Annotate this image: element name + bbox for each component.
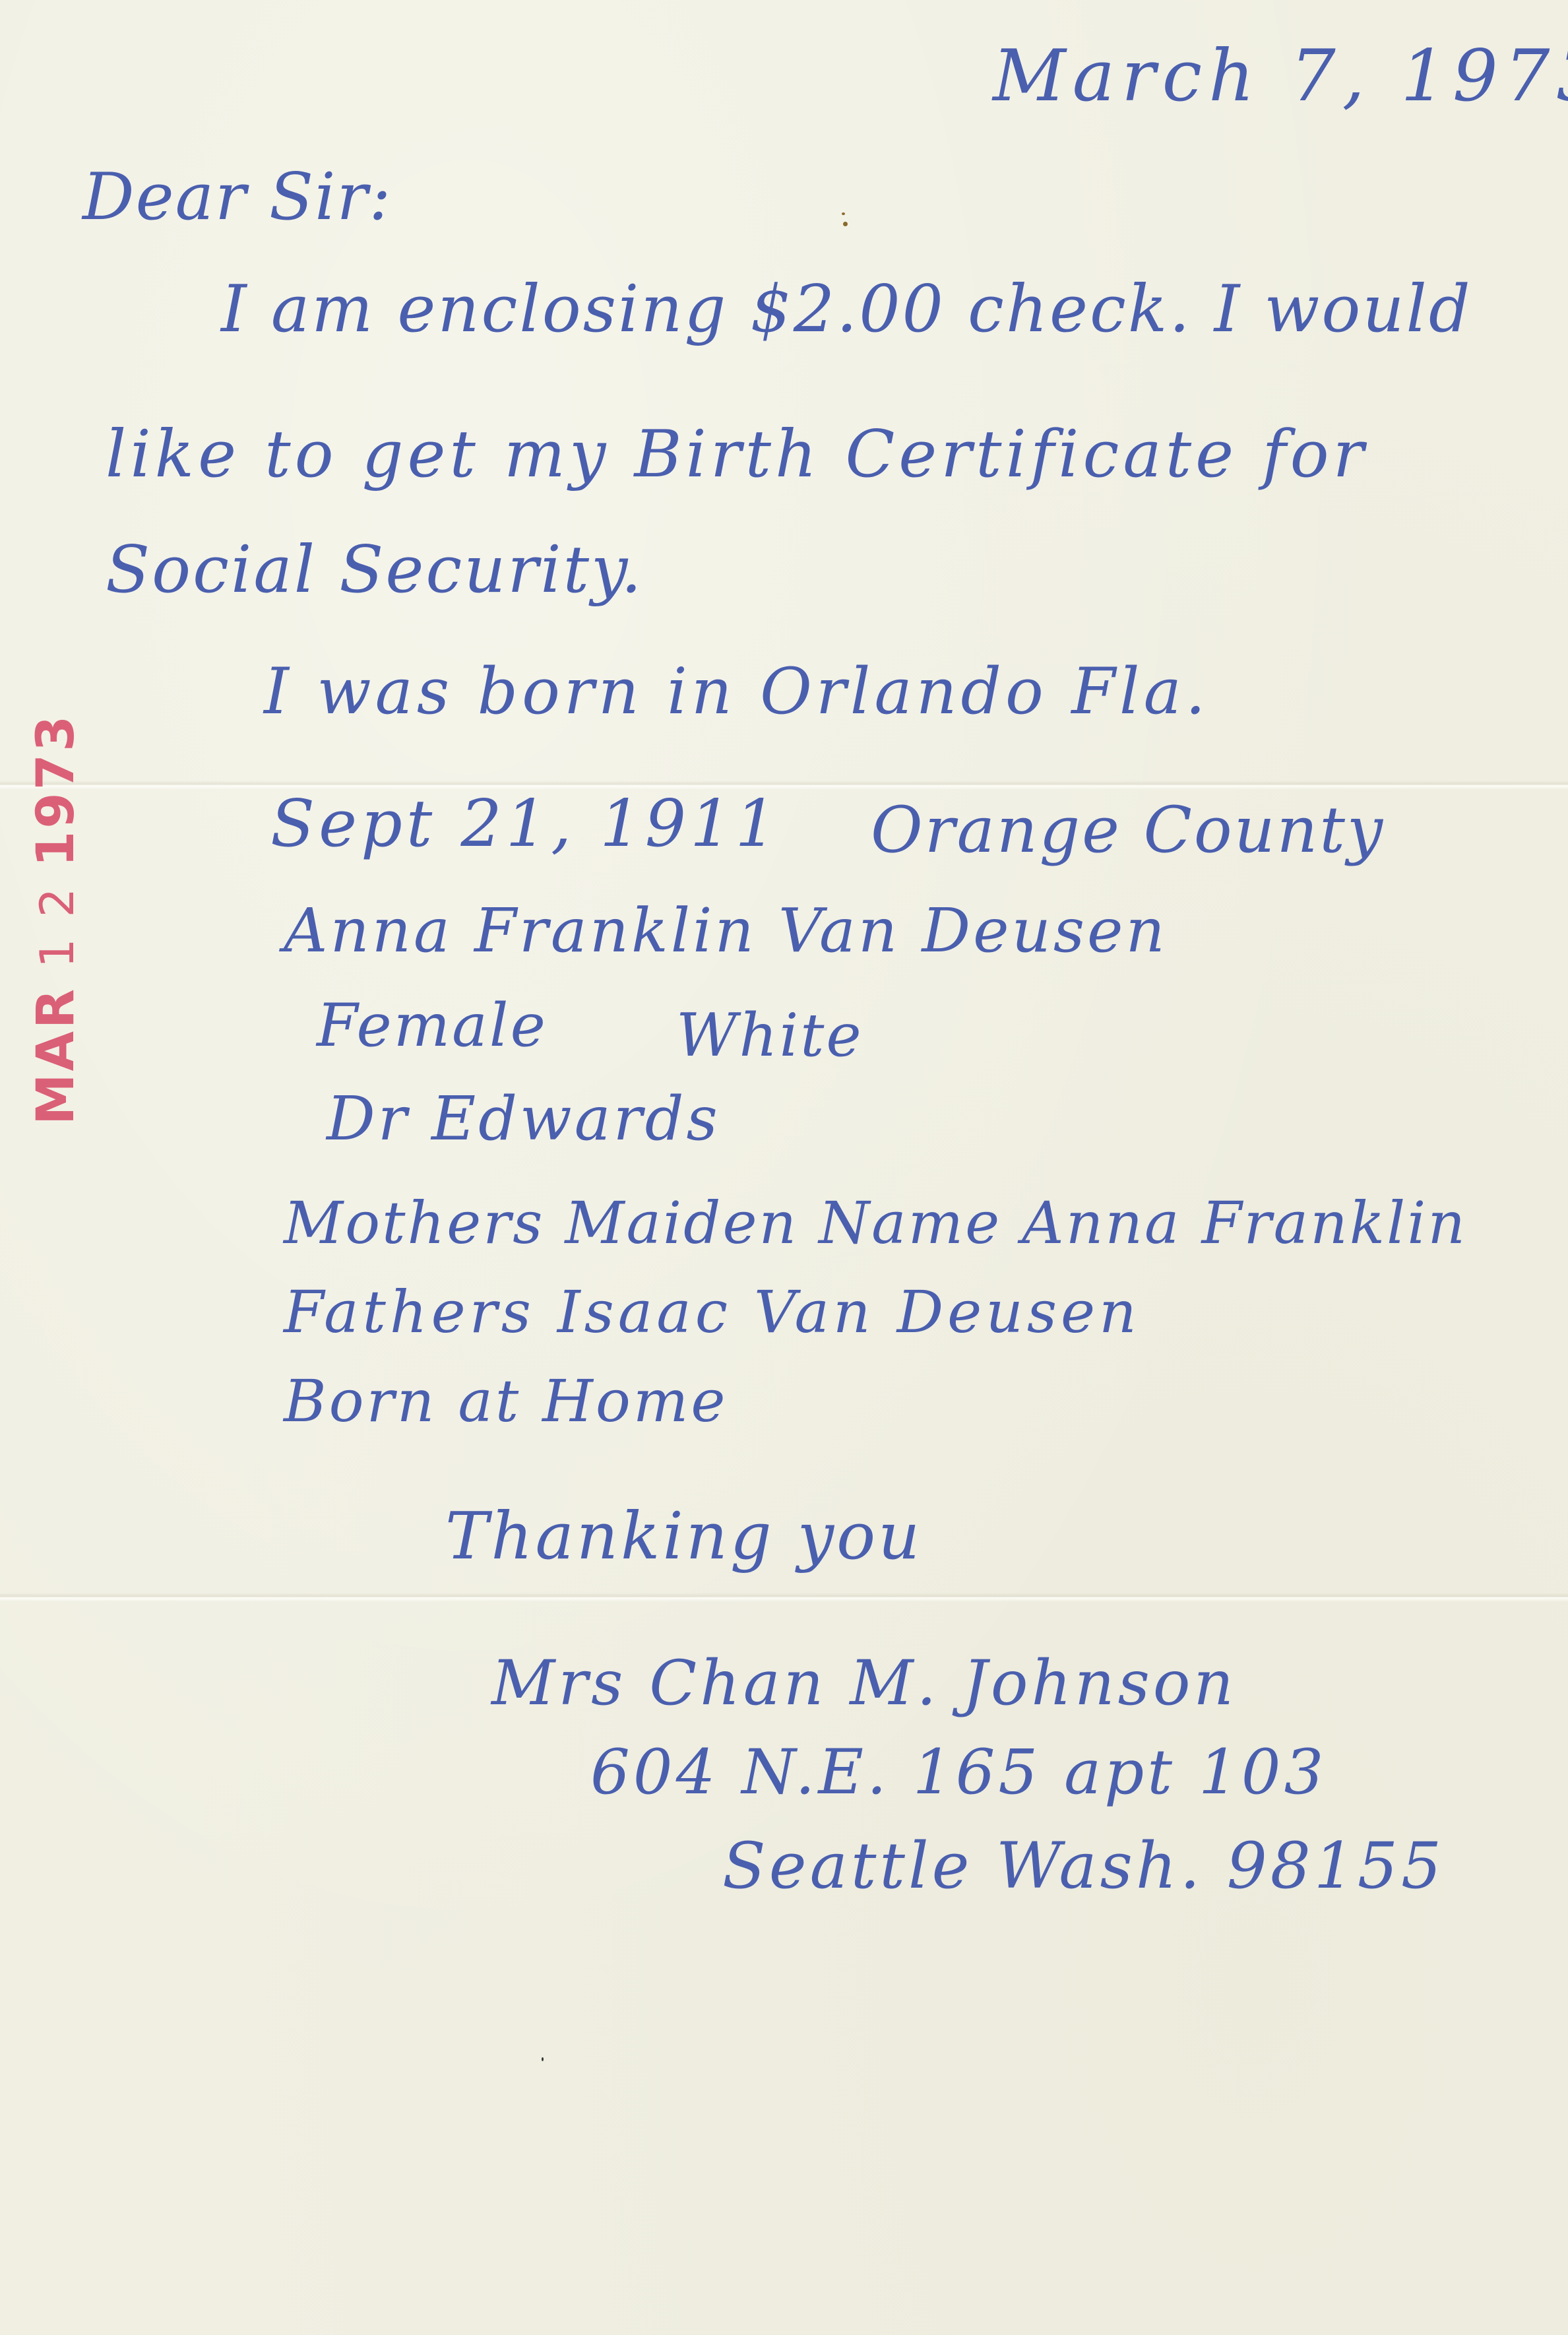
fold-crease-upper — [0, 781, 1568, 790]
paper-speck — [542, 2057, 544, 2061]
body-line-2: like to get my Birth Certificate for — [106, 422, 1367, 487]
stamp-day-2: 2 — [30, 885, 84, 918]
physician: Dr Edwards — [327, 1089, 720, 1149]
paper-speck — [842, 212, 845, 215]
mother-maiden-name: Mothers Maiden Name Anna Franklin — [284, 1194, 1467, 1252]
race: White — [676, 1006, 863, 1066]
father-name: Fathers Isaac Van Deusen — [284, 1283, 1141, 1341]
address-line-1: 604 N.E. 165 apt 103 — [590, 1742, 1327, 1804]
address-line-2: Seattle Wash. 98155 — [722, 1834, 1445, 1898]
birth-county: Orange County — [871, 798, 1385, 862]
letter-paper — [0, 0, 1568, 2335]
letter-date: March 7, 1973 — [993, 41, 1568, 112]
birth-date: Sept 21, 1911 — [270, 792, 780, 856]
birth-location: Born at Home — [284, 1372, 728, 1430]
body-line-3: Social Security. — [106, 538, 644, 602]
fold-crease-lower — [0, 1593, 1568, 1602]
salutation: Dear Sir: — [82, 165, 392, 230]
birthplace-line: I was born in Orlando Fla. — [264, 660, 1209, 723]
body-line-1: I am enclosing $2.00 check. I would — [221, 277, 1472, 342]
paper-speck — [843, 222, 848, 226]
signature-name: Mrs Chan M. Johnson — [491, 1653, 1237, 1715]
stamp-month: MAR — [26, 986, 86, 1125]
closing: Thanking you — [445, 1504, 922, 1569]
child-name: Anna Franklin Van Deusen — [284, 901, 1168, 961]
stamp-year: 1973 — [26, 713, 86, 867]
stamp-day-1: 1 — [30, 936, 84, 968]
received-date-stamp: MAR121973 — [20, 835, 92, 1125]
sex: Female — [317, 996, 548, 1056]
